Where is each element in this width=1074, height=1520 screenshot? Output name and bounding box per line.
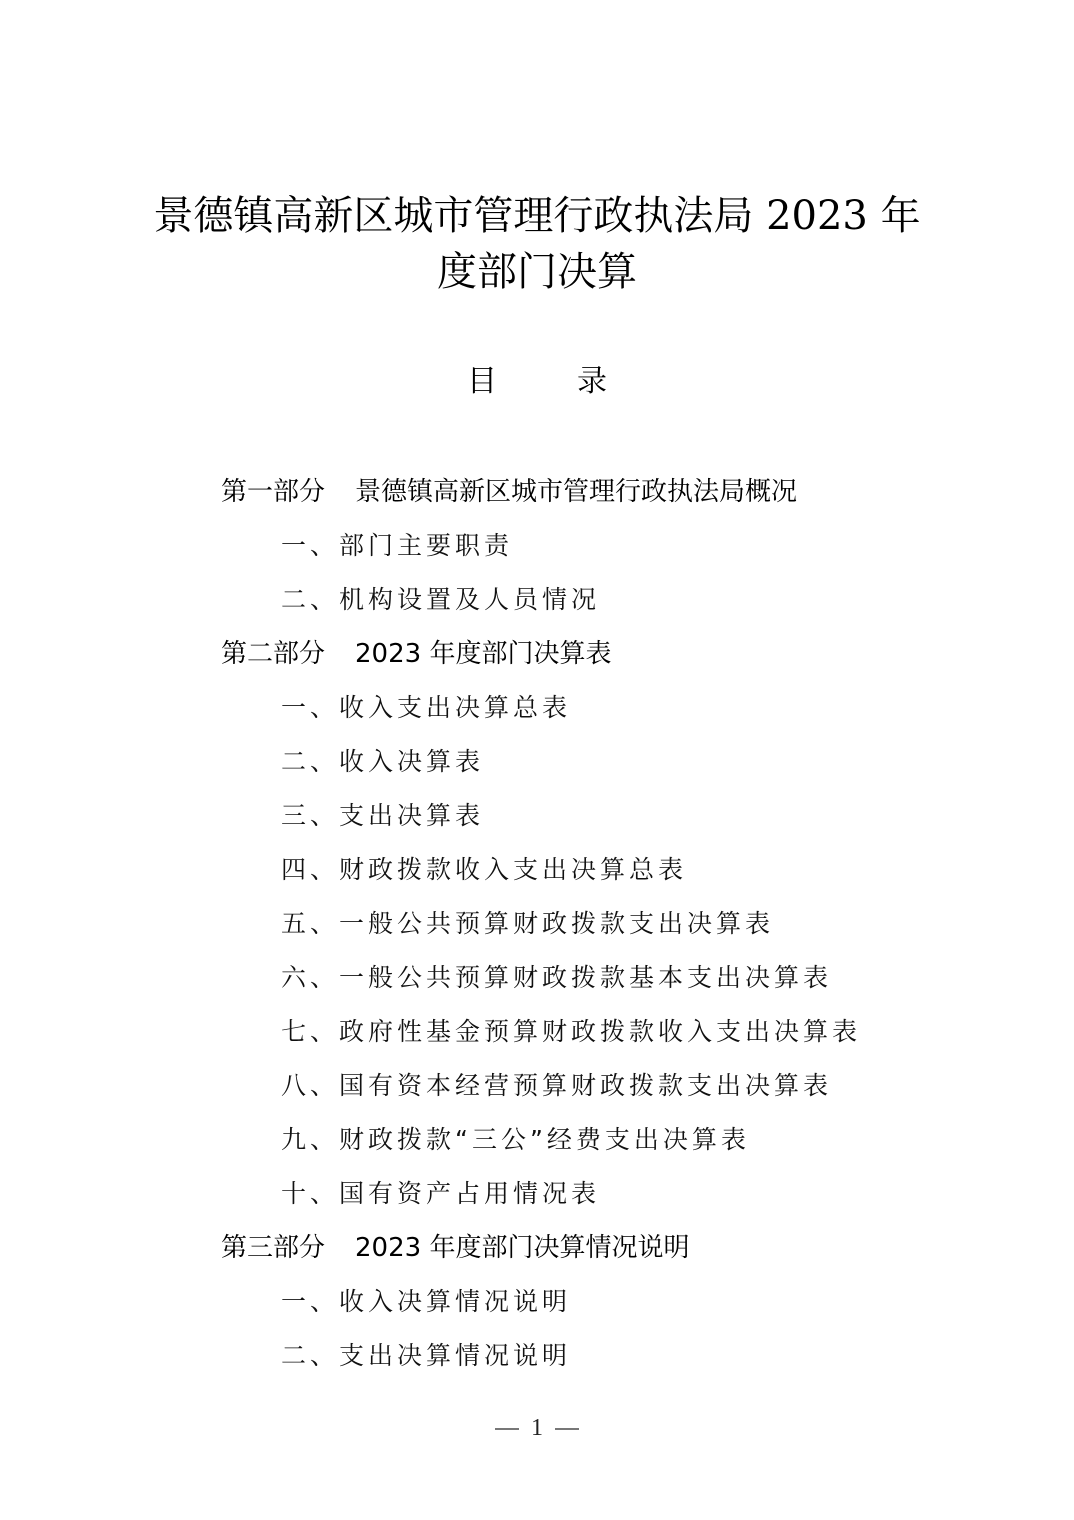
toc-heading-char-1: 目 bbox=[467, 364, 497, 399]
document-title-line-1: 景德镇高新区城市管理行政执法局 2023 年 bbox=[0, 184, 1074, 248]
part-number: 第一部分 bbox=[221, 477, 325, 507]
page-footer: 1 bbox=[0, 1408, 1074, 1448]
toc-item: 一、部门主要职责 bbox=[281, 526, 513, 566]
toc-item: 二、机构设置及人员情况 bbox=[281, 580, 600, 620]
part-title: 景德镇高新区城市管理行政执法局概况 bbox=[355, 477, 797, 507]
toc-item: 二、支出决算情况说明 bbox=[281, 1336, 571, 1376]
dash-right bbox=[555, 1428, 579, 1430]
toc-part-2: 第二部分2023 年度部门决算表 bbox=[221, 634, 611, 674]
toc-item: 六、一般公共预算财政拨款基本支出决算表 bbox=[281, 958, 832, 998]
toc-item: 七、政府性基金预算财政拨款收入支出决算表 bbox=[281, 1012, 861, 1052]
toc-item: 一、收入支出决算总表 bbox=[281, 688, 571, 728]
document-title-line-2: 度部门决算 bbox=[0, 240, 1074, 304]
toc-part-3: 第三部分2023 年度部门决算情况说明 bbox=[221, 1228, 689, 1268]
toc-item: 三、支出决算表 bbox=[281, 796, 484, 836]
toc-item: 五、一般公共预算财政拨款支出决算表 bbox=[281, 904, 774, 944]
part-title: 2023 年度部门决算情况说明 bbox=[355, 1233, 689, 1263]
page-number: 1 bbox=[531, 1415, 543, 1441]
toc-item: 八、国有资本经营预算财政拨款支出决算表 bbox=[281, 1066, 832, 1106]
part-number: 第二部分 bbox=[221, 639, 325, 669]
toc-item: 四、财政拨款收入支出决算总表 bbox=[281, 850, 687, 890]
toc-item: 九、财政拨款“三公”经费支出决算表 bbox=[281, 1120, 750, 1160]
toc-item: 十、国有资产占用情况表 bbox=[281, 1174, 600, 1214]
toc-heading-char-2: 录 bbox=[577, 364, 607, 399]
toc-item: 二、收入决算表 bbox=[281, 742, 484, 782]
toc-item: 一、收入决算情况说明 bbox=[281, 1282, 571, 1322]
toc-part-1: 第一部分景德镇高新区城市管理行政执法局概况 bbox=[221, 472, 797, 512]
part-number: 第三部分 bbox=[221, 1233, 325, 1263]
part-title: 2023 年度部门决算表 bbox=[355, 639, 611, 669]
toc-heading: 目录 bbox=[0, 352, 1074, 412]
dash-left bbox=[495, 1428, 519, 1430]
